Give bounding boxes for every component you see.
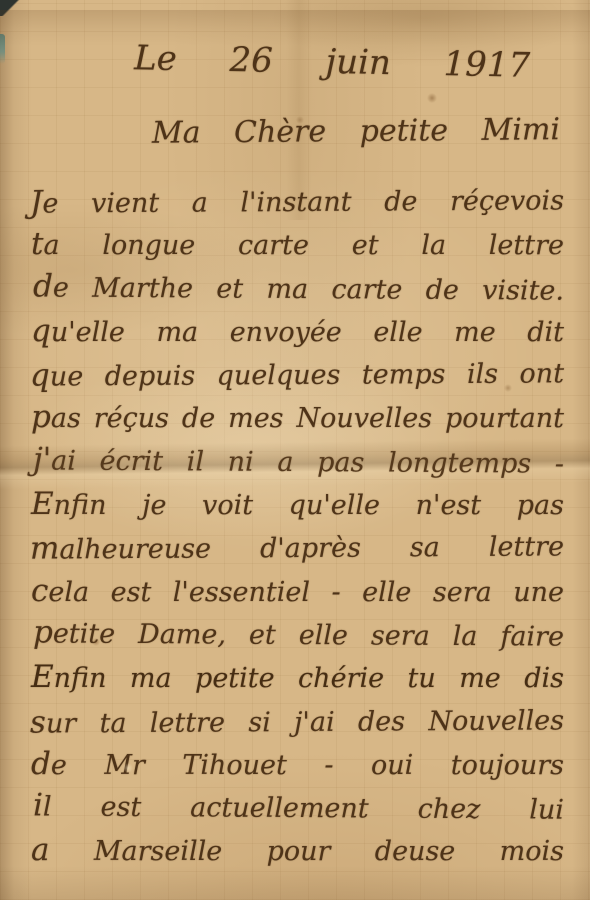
letter-body: Je vient a l'instant de réçevoista longu…	[30, 180, 564, 873]
letter-content: Le 26 juin 1917 Ma Chère petite Mimi Je …	[0, 0, 590, 900]
letter-line: de Marthe et ma carte de visite.	[33, 265, 564, 312]
letter-line: petite Dame, et elle sera la faire	[33, 611, 564, 658]
letter-line: ta longue carte et la lettre	[31, 223, 564, 266]
letter-line: j'ai écrit il ni a pas longtemps -	[33, 438, 564, 485]
letter-salutation: Ma Chère petite Mimi	[152, 106, 560, 166]
letter-line: il est actuellement chez lui	[33, 785, 564, 832]
letter-line: que depuis quelques temps ils ont	[30, 352, 564, 399]
letter-line: pas réçus de mes Nouvelles pourtant	[31, 396, 564, 439]
letter-line: sur ta lettre si j'ai des Nouvelles	[30, 698, 564, 745]
letter-line: Je vient a l'instant de réçevois	[30, 178, 564, 225]
letter-line: a Marseille pour deuse mois	[31, 829, 564, 872]
letter-date: Le 26 juin 1917	[133, 26, 530, 112]
letter-line: de Mr Tihouet - oui toujours	[31, 743, 564, 786]
letter-line: qu'elle ma envoyée elle me dit	[31, 310, 564, 353]
letter-line: cela est l'essentiel - elle sera une	[31, 570, 564, 613]
letter-line: Enfin je voit qu'elle n'est pas	[31, 483, 564, 526]
letter-line: malheureuse d'après sa lettre	[30, 525, 564, 572]
letter-scan-page: Le 26 juin 1917 Ma Chère petite Mimi Je …	[0, 0, 590, 900]
letter-line: Enfin ma petite chérie tu me dis	[31, 656, 564, 699]
